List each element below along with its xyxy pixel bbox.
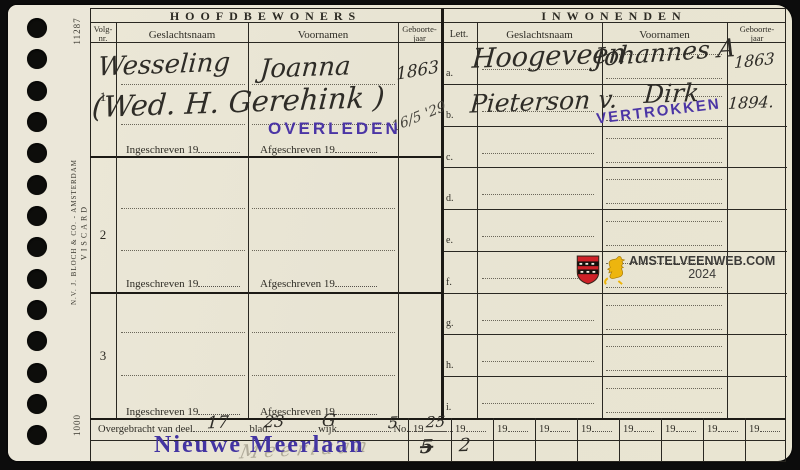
writing-line [121,124,245,125]
writing-line [606,346,722,347]
handwriting-wijk: G [321,411,336,432]
ingeschreven-label: Ingeschreven 19 [126,277,240,290]
lodger-row-letter-f: f. [446,277,452,288]
column-header-lett: Lett. [441,29,477,40]
grid-line [619,418,620,462]
grid-line [727,22,728,418]
writing-line [121,375,245,376]
writing-line [606,203,722,204]
handwriting-no: 5 [387,413,399,432]
printer-address: N.V. J. BLOCH & CO. - AMSTERDAM [70,159,78,305]
writing-line [606,388,722,389]
writing-line [482,153,594,154]
punch-hole [27,112,47,132]
handwriting-blad: 23 [263,412,285,432]
grid-line [441,167,787,168]
writing-line [482,194,594,195]
card-serial-number: 11287 [72,17,82,44]
column-header-voornamen-left: Voornamen [248,29,398,41]
stamp-street-name: Nieuwe Meerlaan [154,432,365,459]
punch-hole [27,363,47,383]
punch-hole [27,300,47,320]
year-cell: 19 [497,422,528,435]
lodger-row-letter-c: c. [446,152,453,163]
main-row-number-3: 3 [90,348,116,364]
stock-number: 1000 [72,414,82,436]
lodger-row-letter-d: d. [446,193,454,204]
watermark: AMSTELVEENWEB.COM 2024 [576,255,775,286]
grid-line [441,209,787,210]
grid-line [248,22,249,418]
punch-hole [27,269,47,289]
punch-hole [27,425,47,445]
grid-line [90,156,441,158]
grid-line [703,418,704,462]
lodger-row-letter-e: e. [446,235,453,246]
writing-line [252,250,395,251]
grid-line [535,418,536,462]
grid-line [577,418,578,462]
year-cell: 19 [665,422,696,435]
writing-line [121,208,245,209]
punch-hole [27,81,47,101]
grid-line [441,126,787,127]
watermark-year: 2024 [629,268,775,281]
writing-line [606,287,722,288]
afgeschreven-label: Afgeschreven 19 [260,143,377,156]
writing-line [606,245,722,246]
population-register-card: 11287 VISCARD N.V. J. BLOCH & CO. - AMST… [8,5,792,461]
writing-line [482,403,594,404]
year-cell: 19 [707,422,738,435]
section-title-inwonenden: INWONENDEN [441,9,787,24]
column-header-geslachtsnaam-left: Geslachtsnaam [116,29,248,41]
writing-line [606,305,722,306]
writing-line [606,179,722,180]
watermark-lion-icon [602,255,627,286]
grid-line [745,418,746,462]
punch-hole [27,49,47,69]
grid-line [441,293,787,294]
grid-line [90,292,441,294]
main-row-number-2: 2 [90,227,116,243]
printer-brand: VISCARD [80,204,89,260]
lodger-row-letter-i: i. [446,402,451,413]
grid-line [602,22,603,418]
writing-line [121,250,245,251]
grid-line [477,22,478,418]
grid-line [441,334,787,335]
writing-line [252,375,395,376]
watermark-shield-icon [576,255,600,285]
section-title-hoofdbewoners: HOOFDBEWONERS [90,9,441,24]
writing-line [606,162,722,163]
writing-line [606,412,722,413]
punch-hole [27,331,47,351]
year-cell: 19 [623,422,654,435]
punch-hole [27,18,47,38]
writing-line [482,320,594,321]
handwriting-birthyear-lodger-b: 1894. [727,92,774,113]
photo-background: 11287 VISCARD N.V. J. BLOCH & CO. - AMST… [0,0,800,470]
punch-hole [27,175,47,195]
column-header-geboortejaar-left: Geboorte- jaar [398,25,441,43]
writing-line [252,332,395,333]
writing-line [252,208,395,209]
grid-line [493,418,494,462]
punch-hole [27,206,47,226]
handwriting-surname-row1: Wesseling [97,48,231,83]
writing-line [606,370,722,371]
year-cell: 19 [581,422,612,435]
lodger-row-letter-h: h. [446,360,454,371]
handwriting-deel: 17 [206,413,229,434]
year-cell: 19 [455,422,486,435]
writing-line [121,332,245,333]
handwriting-housenumber-new: 2 [458,435,471,456]
center-divider [441,8,444,418]
grid-line [661,418,662,462]
grid-line [441,376,787,377]
handwriting-housenumber-old: 5 [419,436,434,459]
writing-line [482,361,594,362]
handwriting-firstname-row1: Joanna [259,51,352,84]
year-cell: 19 [749,422,780,435]
watermark-text: AMSTELVEENWEB.COM 2024 [629,255,775,281]
lodger-row-letter-g: g. [446,318,454,329]
lodger-row-letter-a: a. [446,68,453,79]
afgeschreven-label: Afgeschreven 19 [260,277,377,290]
year-cell: 19 [539,422,570,435]
stamp-overleden: OVERLEDEN [268,119,401,139]
writing-line [606,138,722,139]
writing-line [606,329,722,330]
handwriting-year-25: 25 [425,413,445,432]
grid-line [441,251,787,252]
punch-hole [27,143,47,163]
writing-line [606,221,722,222]
writing-line [482,236,594,237]
punch-hole [27,394,47,414]
ingeschreven-label: Ingeschreven 19 [126,143,240,156]
punch-hole [27,237,47,257]
column-header-volgnr: Volg- nr. [90,25,116,43]
